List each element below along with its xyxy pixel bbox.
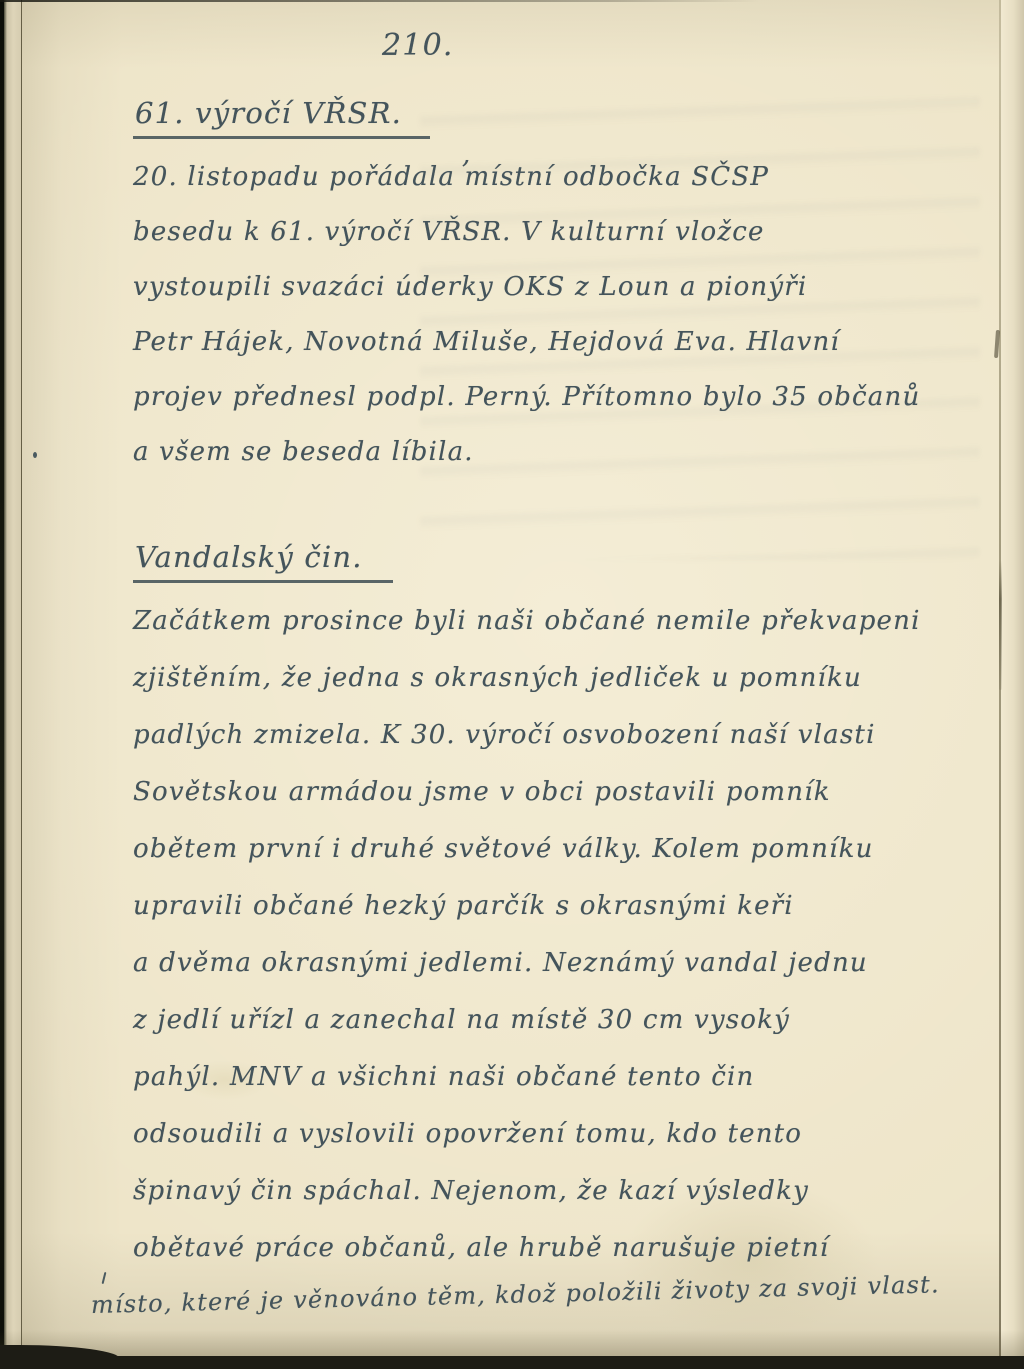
paragraph-vandalism: Začátkem prosince byli naši občané nemil…: [133, 593, 940, 1334]
handwritten-line: pahýl. MNV a všichni naši občané tento č…: [133, 1049, 940, 1106]
right-page-edge: [1001, 0, 1024, 1369]
handwritten-line: a dvěma okrasnými jedlemi. Neznámý vanda…: [133, 935, 940, 992]
page-number: 210.: [382, 28, 454, 63]
ink-speck: [33, 452, 37, 458]
handwritten-line: odsoudili a vyslovili opovržení tomu, kd…: [133, 1106, 940, 1163]
tear-mark: [999, 560, 1002, 690]
handwritten-line: Petr Hájek, Novotná Miluše, Hejdová Eva.…: [133, 315, 920, 370]
handwritten-line: špinavý čin spáchal. Nejenom, že kazí vý…: [133, 1163, 940, 1220]
handwritten-line: padlých zmizela. K 30. výročí osvobození…: [133, 707, 940, 764]
chronicle-book-scan: 210. 61. výročí VŘSR. , 20. listopadu po…: [0, 0, 1024, 1369]
paragraph-vrsr-anniversary: 20. listopadu pořádala místní odbočka SČ…: [133, 150, 920, 480]
handwritten-line: obětem první i druhé světové války. Kole…: [133, 821, 940, 878]
handwritten-line: Začátkem prosince byli naši občané nemil…: [133, 593, 940, 650]
bottom-page-edge: [0, 1356, 1024, 1369]
bottom-shadow: [0, 1330, 1024, 1356]
handwritten-line: z jedlí uřízl a zanechal na místě 30 cm …: [133, 992, 940, 1049]
handwritten-line: zjištěním, že jedna s okrasných jedliček…: [133, 650, 940, 707]
handwritten-line: upravili občané hezký parčík s okrasnými…: [133, 878, 940, 935]
handwritten-line: 20. listopadu pořádala místní odbočka SČ…: [133, 150, 920, 205]
handwritten-line: projev přednesl podpl. Perný. Přítomno b…: [133, 370, 920, 425]
handwritten-line: vystoupili svazáci úderky OKS z Loun a p…: [133, 260, 920, 315]
section-heading-vrsr-anniversary: 61. výročí VŘSR.: [133, 96, 430, 139]
section-heading-vandalism: Vandalský čin.: [133, 540, 393, 583]
page-stack-edge: [4, 0, 22, 1369]
top-page-edge: [0, 0, 760, 2]
handwritten-line: besedu k 61. výročí VŘSR. V kulturní vlo…: [133, 205, 920, 260]
handwritten-line: Sovětskou armádou jsme v obci postavili …: [133, 764, 940, 821]
handwritten-line: a všem se beseda líbila.: [133, 425, 920, 480]
